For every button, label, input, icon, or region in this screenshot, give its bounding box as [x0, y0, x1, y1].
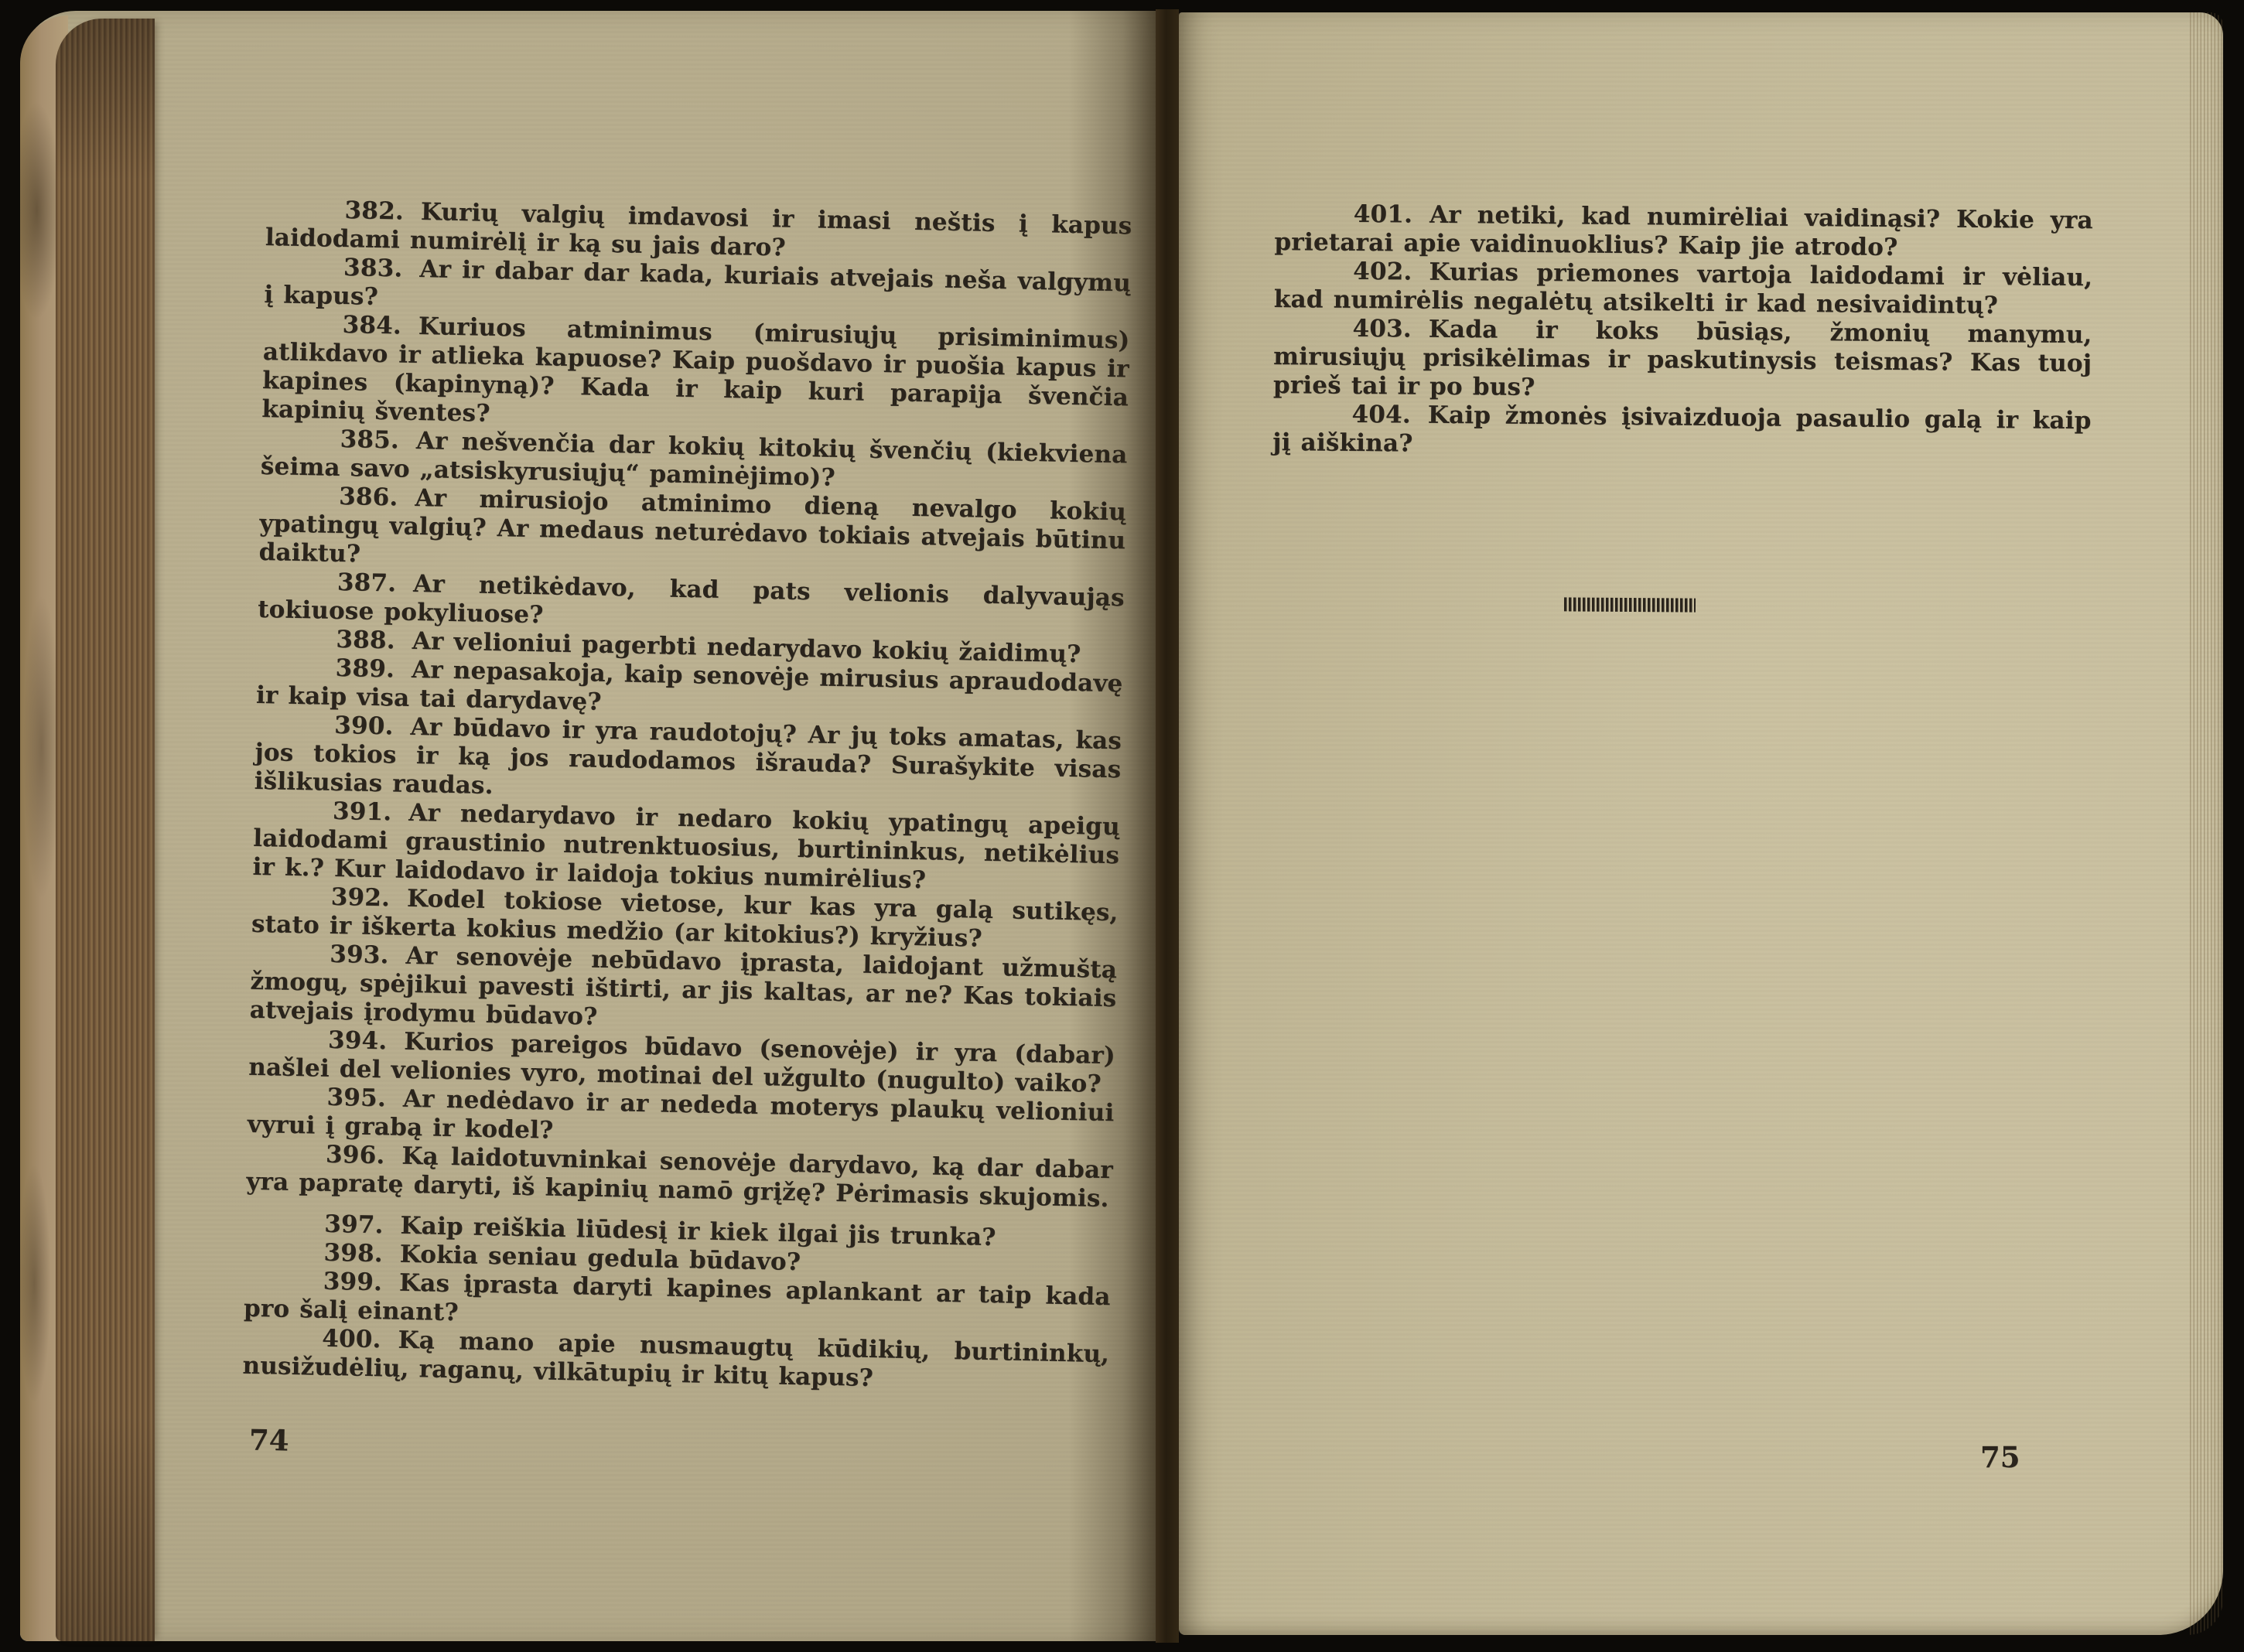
question-number: 395. [326, 1084, 386, 1113]
question-number: 394. [328, 1026, 388, 1056]
question-number: 403. [1352, 315, 1412, 343]
question-number: 384. [342, 311, 401, 340]
fanned-page-edges [56, 19, 155, 1641]
page-number-left: 74 [249, 1422, 289, 1457]
question-number: 398. [323, 1239, 383, 1268]
left-page-text: 382.Kurių valgių imdavosi ir imasi nešti… [242, 195, 1132, 1398]
page-number-right: 75 [1980, 1440, 2020, 1474]
section-divider-ornament [1564, 597, 1696, 612]
question-number: 383. [343, 254, 403, 283]
question-number: 389. [335, 654, 394, 684]
question-number: 393. [330, 940, 389, 970]
question-number: 385. [340, 425, 399, 455]
right-page-text: 401.Ar netiki, kad numirėliai vaidinąsi?… [1272, 200, 2093, 464]
right-page-edge-stack [2188, 12, 2223, 1635]
right-page: 401.Ar netiki, kad numirėliai vaidinąsi?… [1179, 12, 2223, 1635]
book-gutter [1156, 9, 1179, 1643]
gutter-shadow [1069, 11, 1156, 1641]
question-paragraph: 403.Kada ir koks būsiąs, žmonių manymu, … [1273, 314, 2092, 407]
question-number: 396. [326, 1141, 385, 1170]
left-page: 382.Kurių valgių imdavosi ir imasi nešti… [20, 11, 1177, 1641]
question-number: 386. [339, 483, 398, 512]
question-number: 388. [336, 626, 395, 655]
question-number: 397. [324, 1210, 384, 1240]
question-number: 387. [337, 568, 397, 598]
question-number: 391. [333, 797, 392, 827]
question-paragraph: 404.Kaip žmonės įsivaizduoja pasaulio ga… [1272, 400, 2092, 464]
question-number: 401. [1354, 200, 1413, 229]
book-spread-scan: 382.Kurių valgių imdavosi ir imasi nešti… [0, 0, 2244, 1652]
question-number: 402. [1353, 258, 1412, 286]
question-number: 404. [1351, 401, 1411, 429]
question-number: 400. [322, 1325, 381, 1354]
question-number: 399. [323, 1268, 382, 1297]
question-number: 392. [330, 883, 390, 913]
question-number: 382. [344, 196, 404, 226]
question-paragraph: 401.Ar netiki, kad numirėliai vaidinąsi?… [1274, 200, 2093, 264]
question-paragraph: 402.Kurias priemones vartoja laidodami i… [1274, 257, 2093, 321]
question-number: 390. [334, 712, 394, 741]
question-paragraph: 384.Kuriuos atminimus (mirusiųjų prisimi… [261, 309, 1130, 441]
